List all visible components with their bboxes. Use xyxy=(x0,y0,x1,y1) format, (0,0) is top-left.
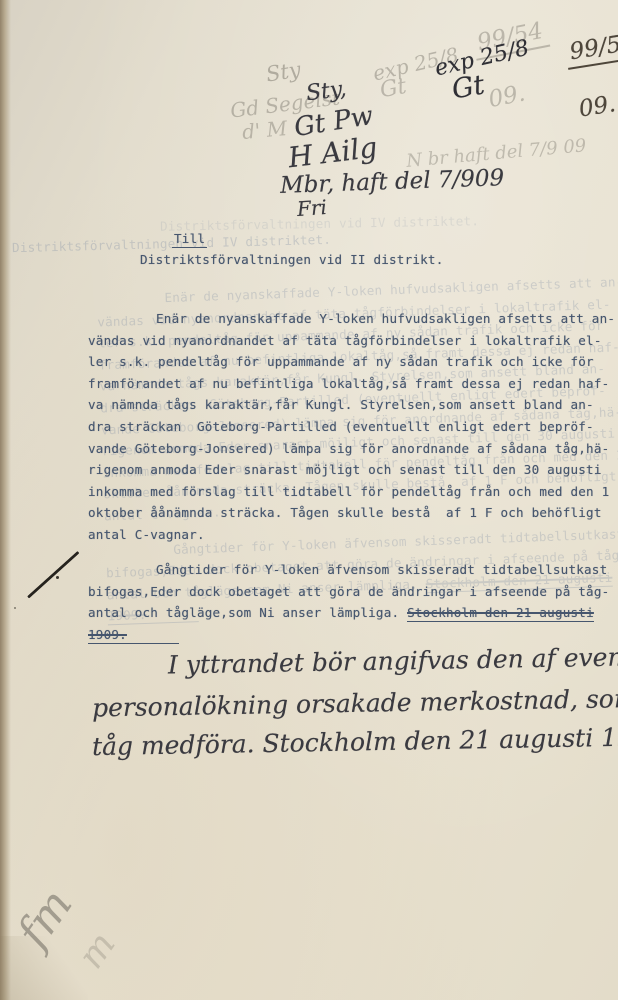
letter-text-line: vändas vid nyanordnandet af täta tågförb… xyxy=(88,333,613,355)
letter-recipient: Distriktsförvaltningen vid II distrikt. xyxy=(140,252,444,267)
margin-ink-dot xyxy=(56,576,59,579)
ink-fri-note: Fri xyxy=(296,195,327,221)
letter-to-label: Till xyxy=(172,231,207,248)
exp-initials: Gt xyxy=(450,69,487,105)
letter-text-line: antal C-vagnar. xyxy=(88,527,613,549)
letter-text-line: oktober åånämnda sträcka. Tågen skulle b… xyxy=(88,505,613,527)
letter-text-line: va nämnda tågs karaktär,får Kungl. Styre… xyxy=(88,397,613,419)
page-left-edge xyxy=(0,0,11,1000)
docket-year: 09. xyxy=(544,86,618,128)
letter-text-line: Gångtider för Y-loken äfvensom skisserad… xyxy=(88,562,613,584)
letter-text-line: vande Göteborg-Jonsered) lämpa sig för a… xyxy=(88,441,613,463)
closing-sentence-text: antal och tågläge,som Ni anser lämpliga. xyxy=(88,605,407,620)
letter-text-line: bifogas,Eder dock obetaget att göra de ä… xyxy=(88,584,613,606)
scanned-letter-photo: Distriktsförvaltningen vid IV distriktet… xyxy=(0,0,618,1000)
exp-initials-ghost: Gt xyxy=(378,74,408,103)
ink-sty-note: Sty, xyxy=(305,77,348,107)
letter-paragraph-2-lines: Gångtider för Y-loken äfvensom skisserad… xyxy=(88,562,613,605)
margin-ink-dot-small xyxy=(14,607,16,609)
letter-text-line: ler s.k. pendeltåg för uppammande af ny … xyxy=(88,354,613,376)
pencil-signature-note: d' M xyxy=(241,116,288,144)
docket-numerator: 99/54 xyxy=(564,29,618,70)
letter-paragraph-2: Gångtider för Y-loken äfvensom skisserad… xyxy=(88,562,613,648)
letter-paragraph-2-line-3: antal och tågläge,som Ni anser lämpliga.… xyxy=(88,605,613,627)
letter-text-line: inkomma med förslag till tidtabell för p… xyxy=(88,484,613,506)
letter-paragraph-1: Enär de nyanskaffade Y-loken hufvudsakli… xyxy=(88,311,613,549)
struck-dateline: Stockholm den 21 augusti xyxy=(407,605,594,622)
letter-text-line: dra sträckan Göteborg-Partilled (eventue… xyxy=(88,419,613,441)
struck-year: 1909. xyxy=(88,627,179,644)
letter-text-line: framförandet af nu befintliga lokaltåg,s… xyxy=(88,376,613,398)
letter-text-line: Enär de nyanskaffade Y-loken hufvudsakli… xyxy=(88,311,613,333)
letter-text-line: rigenom anmoda Eder snarast möjligt och … xyxy=(88,462,613,484)
